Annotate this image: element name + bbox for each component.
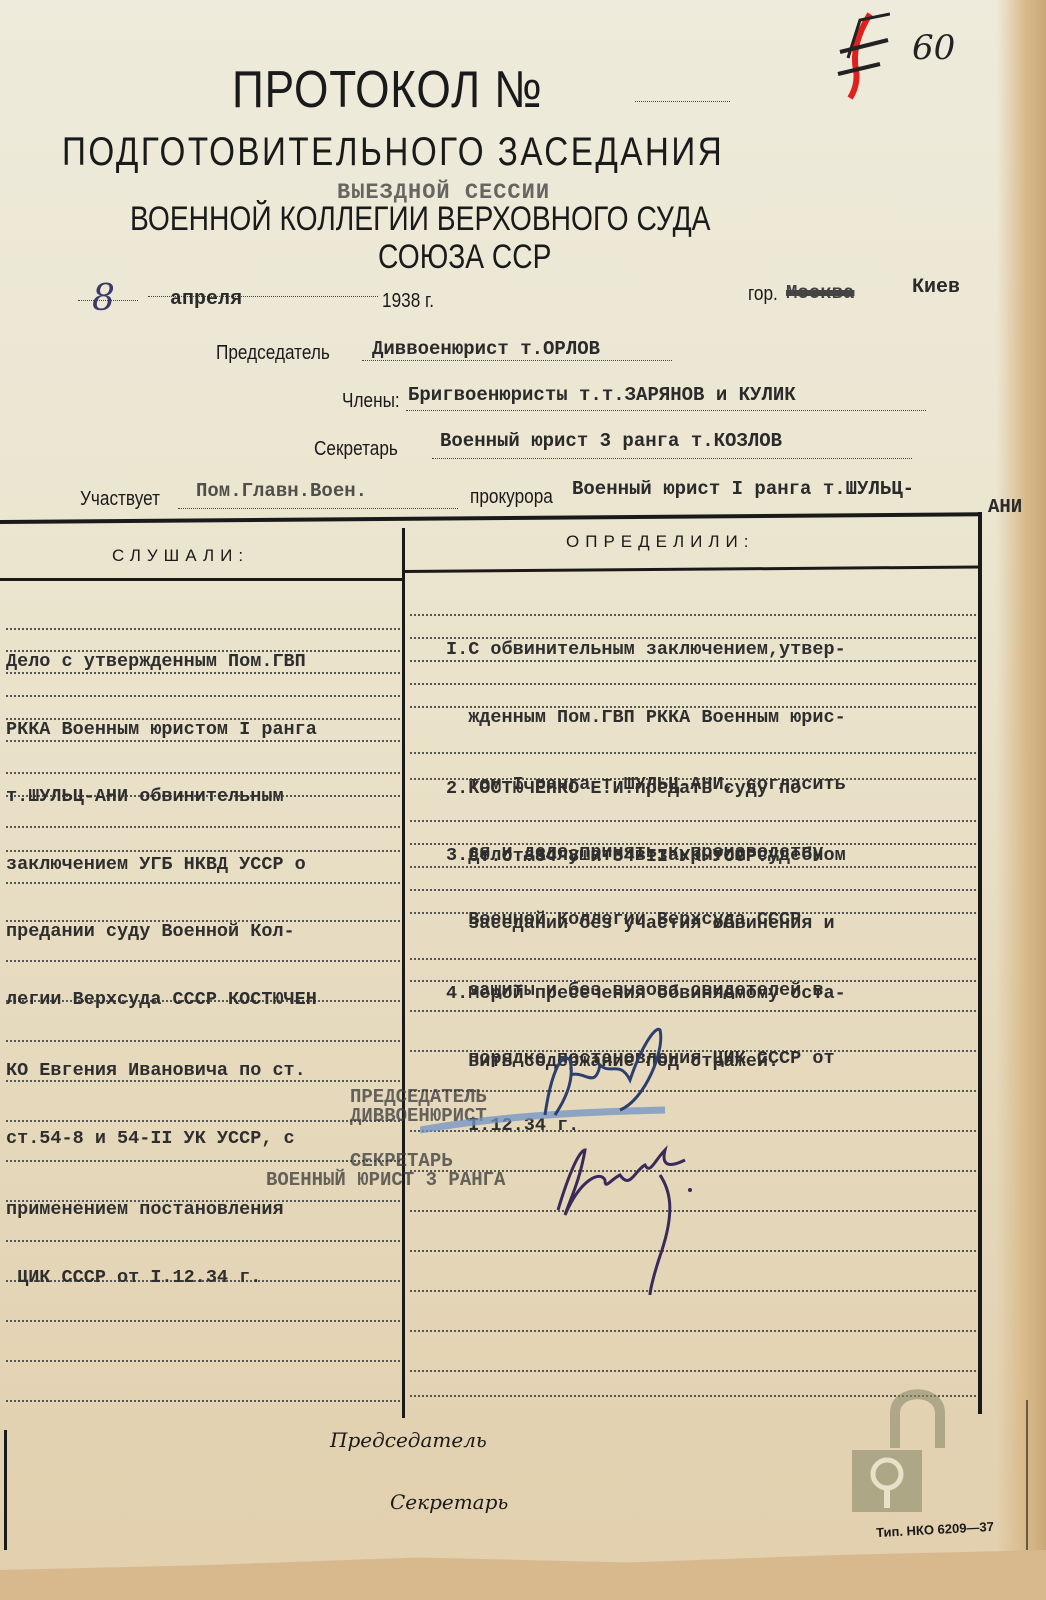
members-line xyxy=(406,410,926,411)
ruled-line xyxy=(6,1360,400,1362)
month-value: апреля xyxy=(170,288,242,311)
table-top-rule xyxy=(0,512,982,524)
month-field: апреля xyxy=(148,296,378,297)
heard-text: Дело с утвержденным Пом.ГВП РККА Военным… xyxy=(6,606,317,1312)
participates-label: Участвует xyxy=(80,488,160,511)
prosecutor-value-cont: АНИ xyxy=(988,496,1022,518)
chairman-label: Председатель xyxy=(216,342,330,365)
prosecutor-value: Военный юрист I ранга т.ШУЛЬЦ- xyxy=(572,478,914,500)
heard-line: ЦИК СССР от I.12.34 г. xyxy=(6,1267,317,1290)
ruled-line xyxy=(6,1400,400,1402)
decided-line: жденным Пом.ГВП РККА Военным юрис- xyxy=(446,707,846,730)
decided-line: заседании без участия обвинения и xyxy=(446,913,846,936)
prosecutor-label: прокурора xyxy=(470,486,553,509)
heard-line: применением постановления xyxy=(6,1199,317,1222)
heard-line: КО Евгения Ивановича по ст. xyxy=(6,1060,317,1083)
protocol-number-line xyxy=(635,100,730,102)
day-value: 8 xyxy=(92,278,115,319)
heard-line: предании суду Военной Кол- xyxy=(6,921,317,944)
heard-line: ст.54-8 и 54-II УК УССР, с xyxy=(6,1128,317,1151)
column-header-heard: СЛУШАЛИ: xyxy=(112,546,249,566)
subtitle-ussr: СОЮЗА ССР xyxy=(378,238,552,277)
ruled-line xyxy=(6,1320,400,1322)
paper-edge xyxy=(996,0,1046,1600)
secretary-label: Секретарь xyxy=(314,438,398,461)
table-left-border xyxy=(4,1430,7,1550)
handwritten-number: 60 xyxy=(912,28,955,68)
archive-lock-watermark-icon xyxy=(800,1378,950,1518)
heard-line: заключением УГБ НКВД УССР о xyxy=(6,854,317,877)
secretary-signature-icon xyxy=(550,1130,700,1300)
decided-line: 3.Дело заслушать в закрытом судебном xyxy=(446,845,846,868)
decided-line: 4.Мерой пресечения обвиняемому оста- xyxy=(446,983,846,1006)
red-pencil-mark-icon xyxy=(830,10,890,100)
document-title: ПРОТОКОЛ № xyxy=(232,60,542,120)
decided-line: 2.КОСТЮЧЕНКО Е.И.предать суду по xyxy=(446,778,801,801)
heard-line: Дело с утвержденным Пом.ГВП xyxy=(6,651,317,674)
right-header-rule xyxy=(404,565,980,573)
ruled-line xyxy=(410,1370,976,1372)
footer-secretary-label: Секретарь xyxy=(390,1490,508,1514)
left-header-rule xyxy=(0,578,402,581)
city-struck: Москва xyxy=(786,282,854,304)
city-value: Киев xyxy=(912,276,960,299)
secretary-value: Военный юрист 3 ранга т.КОЗЛОВ xyxy=(440,430,782,452)
secretary-line xyxy=(432,458,912,459)
page-right-border xyxy=(1026,1400,1028,1550)
paper-bottom-edge xyxy=(0,1550,1046,1600)
column-header-decided: ОПРЕДЕЛИЛИ: xyxy=(566,532,754,552)
chairman-line xyxy=(362,360,672,361)
chairman-value: Диввоенюрист т.ОРЛОВ xyxy=(372,338,600,360)
heard-line: РККА Военным юристом I ранга xyxy=(6,719,317,742)
footer-chairman-label: Председатель xyxy=(330,1428,487,1452)
heard-line: легии Верхсуда СССР КОСТЮЧЕН xyxy=(6,989,317,1012)
members-label: Члены: xyxy=(342,390,400,413)
day-field: 8 xyxy=(78,300,138,301)
participates-value: Пом.Главн.Воен. xyxy=(196,480,367,502)
sign-secretary-rank: ВОЕННЫЙ ЮРИСТ 3 РАНГА xyxy=(266,1171,505,1190)
subtitle-military-collegium: ВОЕННОЙ КОЛЛЕГИИ ВЕРХОВНОГО СУДА xyxy=(130,200,711,239)
subtitle-preparatory-session: ПОДГОТОВИТЕЛЬНОГО ЗАСЕДАНИЯ xyxy=(62,130,724,175)
ruled-line xyxy=(410,1330,976,1332)
column-divider xyxy=(402,528,405,1418)
year-value: 1938 г. xyxy=(382,290,434,313)
decided-line: I.С обвинительным заключением,утвер- xyxy=(446,639,846,662)
members-value: Бригвоенюристы т.т.ЗАРЯНОВ и КУЛИК xyxy=(408,384,796,406)
printer-mark: Тип. НКО 6209—37 xyxy=(876,1519,995,1540)
heard-line: т.ШУЛЬЦ-АНИ обвинительным xyxy=(6,786,317,809)
city-label: гор. xyxy=(748,283,778,306)
sign-secretary-block: СЕКРЕТАРЬ ВОЕННЫЙ ЮРИСТ 3 РАНГА xyxy=(266,1152,505,1190)
table-right-border xyxy=(978,512,982,1414)
participates-line xyxy=(178,508,458,509)
